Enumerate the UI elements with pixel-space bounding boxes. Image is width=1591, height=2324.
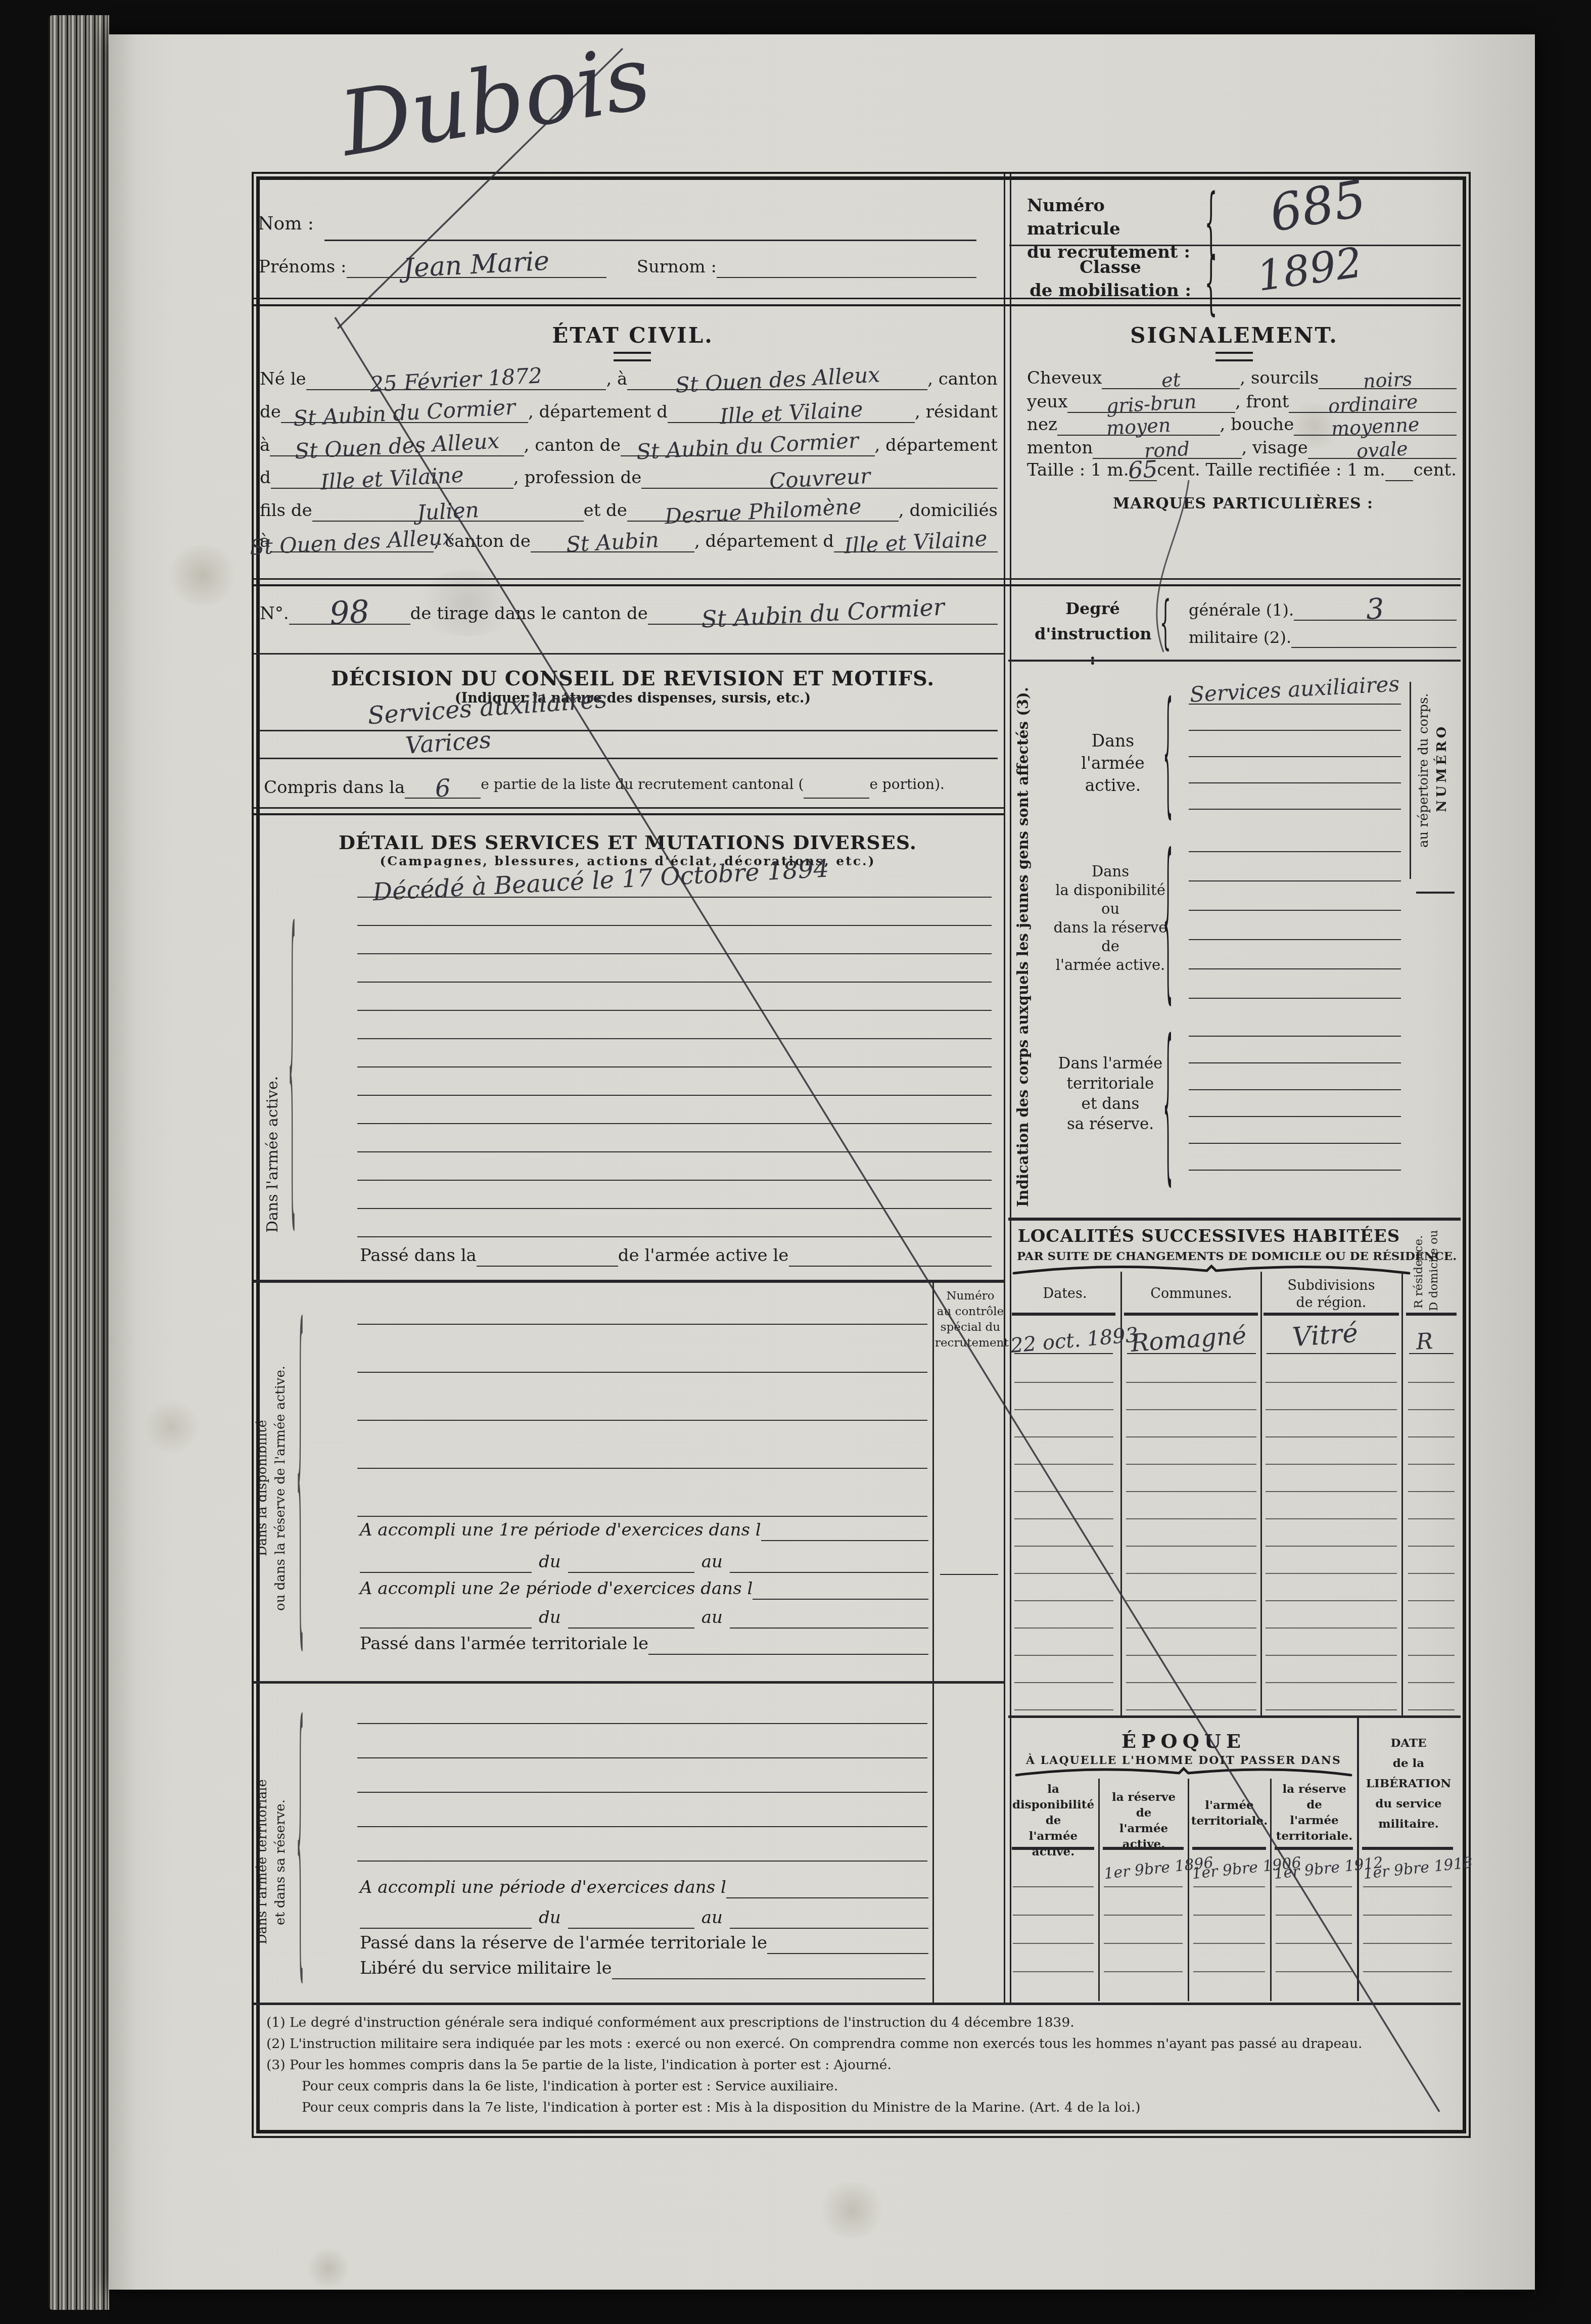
ruled-line (357, 1372, 927, 1373)
side-brace: { (288, 899, 296, 1237)
ruled-line (1126, 1709, 1256, 1710)
ruled-line (1276, 1943, 1352, 1944)
corps-b-label: Dansla disponibilitéoudans la réservedel… (1047, 862, 1174, 974)
localite-dr: R (1416, 1328, 1434, 1355)
compris-value: 6 (434, 774, 451, 803)
ruled-line (1408, 1628, 1455, 1629)
ruled-line (357, 1123, 992, 1124)
ruled-line (1266, 1436, 1397, 1437)
numero-repertoire-border (1410, 682, 1411, 879)
ruled-line (1266, 1628, 1397, 1629)
ruled-line (357, 1038, 992, 1039)
ruled-line (1276, 1886, 1352, 1887)
ruled-line (1126, 1546, 1256, 1547)
ruled-line (1189, 939, 1401, 940)
epoque-header-rule (1275, 1847, 1353, 1850)
corps-c-brace: { (1163, 1022, 1173, 1191)
ruled-line (1363, 1915, 1452, 1916)
ruled-line (1408, 1436, 1455, 1437)
swash-ornament (1012, 1263, 1411, 1276)
footnote-4: Pour ceux compris dans la 6e liste, l'in… (302, 2078, 838, 2094)
localites-col-border (1260, 1272, 1262, 1715)
ruled-line (1014, 1382, 1113, 1383)
matricule-label: Numéro matricule du recrutement : (1027, 194, 1194, 264)
ruled-line (1189, 851, 1401, 852)
ruled-line (1126, 1464, 1256, 1465)
epoque-date-header: DATEde laLIBÉRATIONdu servicemilitaire. (1361, 1733, 1457, 1834)
ruled-line (1104, 1943, 1183, 1944)
ruled-line (357, 1420, 927, 1421)
epoque-col-border (1098, 1779, 1100, 2001)
ruled-line (357, 1468, 927, 1469)
entry-underline (1409, 1353, 1454, 1354)
title-bar (1215, 352, 1253, 361)
form-frame: Nom : Dubois Prénoms : Jean Marie Surnom… (252, 172, 1471, 2138)
degre-generale-value: 3 (1366, 592, 1385, 626)
classe-label: Classe de mobilisation : (1027, 256, 1194, 302)
ruled-line (1363, 1943, 1452, 1944)
ruled-line (1126, 1682, 1256, 1683)
surnom-label: Surnom : (637, 257, 717, 278)
footnote-1: (1) Le degré d'instruction générale sera… (266, 2015, 1074, 2030)
ruled-line (1189, 782, 1401, 783)
ruled-line (357, 982, 992, 983)
numero-repertoire-label-1: NUMÉRO (1434, 684, 1449, 851)
localites-header-rule (1406, 1313, 1457, 1316)
side-label-dispo-1: Dans la disponibilité (255, 1311, 270, 1665)
controle-column-border (932, 1282, 934, 2003)
ruled-line (1193, 1886, 1265, 1887)
divider (254, 578, 1461, 586)
ruled-line (1014, 1682, 1113, 1683)
epoque-title: ÉPOQUE (1027, 1730, 1340, 1752)
ruled-line (1189, 1089, 1401, 1090)
nom-label: Nom : (258, 213, 314, 234)
ruled-line (1363, 1886, 1452, 1887)
ruled-line (1408, 1655, 1455, 1656)
ruled-line (1193, 1971, 1265, 1972)
epoque-header-rule (1192, 1847, 1266, 1850)
ruled-line (1014, 1600, 1113, 1601)
ruled-line (1126, 1600, 1256, 1601)
epoque-header-rule (1103, 1847, 1184, 1850)
ruled-line (1266, 1491, 1397, 1492)
ruled-line (259, 758, 998, 759)
ruled-line (357, 897, 992, 898)
ruled-line (1408, 1573, 1455, 1574)
ruled-line (1408, 1682, 1455, 1683)
localites-title: LOCALITÉS SUCCESSIVES HABITÉES (1017, 1226, 1401, 1246)
localites-col-border (1401, 1272, 1403, 1715)
tirage-number-handwriting: 98 (329, 593, 370, 632)
divider (1008, 1715, 1461, 1718)
stain (306, 2248, 351, 2289)
ruled-line (1014, 1436, 1113, 1437)
epoque-col4-header: la réservedel'arméeterritoriale. (1273, 1781, 1356, 1844)
numero-repertoire-tick (1416, 892, 1455, 894)
side-label-terr-1: Dans l'armée territoriale (255, 1721, 270, 2004)
ruled-line (357, 1723, 927, 1724)
ruled-line (1189, 1170, 1401, 1171)
divider (1008, 1218, 1461, 1221)
ruled-line (357, 1151, 992, 1152)
classe-value-handwriting: 1892 (1254, 239, 1365, 301)
localite-subdivision: Vitré (1291, 1318, 1359, 1353)
ruled-line (1189, 1116, 1401, 1117)
ruled-line (357, 953, 992, 954)
ruled-line (357, 1757, 927, 1758)
ruled-line (1189, 704, 1401, 705)
ruled-line (357, 1324, 927, 1325)
epoque-col3-header: l'arméeterritoriale. (1190, 1797, 1269, 1829)
title-bar (614, 352, 651, 361)
prenoms-label: Prénoms : (259, 257, 347, 278)
ruled-line (1408, 1709, 1455, 1710)
ruled-line (357, 1095, 992, 1096)
corps-a-label: Dansl'armée active. (1057, 730, 1168, 797)
ruled-line (1408, 1382, 1455, 1383)
ruled-line (1014, 1546, 1113, 1547)
localites-col-subdiv: Subdivisionsde région. (1262, 1277, 1400, 1312)
controle-slot-line (940, 1574, 998, 1575)
controle-column-header: Numéro au contrôle spécial du recrutemen… (935, 1288, 1006, 1351)
ruled-line (1014, 1409, 1113, 1410)
ruled-line (357, 1236, 992, 1237)
book-page-edges (49, 15, 109, 2310)
prenoms-field: Jean Marie (347, 250, 606, 278)
marques-label: MARQUES PARTICULIÈRES : (1113, 495, 1355, 513)
localites-subtitle: PAR SUITE DE CHANGEMENTS DE DOMICILE OU … (1017, 1249, 1401, 1263)
ruled-line (1266, 1655, 1397, 1656)
epoque-subtitle: À LAQUELLE L'HOMME DOIT PASSER DANS (1017, 1754, 1350, 1767)
matricule-value-handwriting: 685 (1265, 168, 1370, 243)
paper-sheet: Nom : Dubois Prénoms : Jean Marie Surnom… (109, 34, 1535, 2290)
entry-underline (1267, 1353, 1396, 1354)
ruled-line (1126, 1518, 1256, 1519)
ruled-line (1126, 1573, 1256, 1574)
divider (254, 653, 1004, 655)
localite-date: 22 oct. 1893 (1009, 1323, 1139, 1358)
ruled-line (1276, 1915, 1352, 1916)
side-label-corps: Indication des corps auxquels les jeunes… (1014, 677, 1032, 1218)
ruled-line (357, 1826, 927, 1827)
etat-civil-title: ÉTAT CIVIL. (527, 323, 739, 348)
ruled-line (1014, 1491, 1113, 1492)
ruled-line (357, 1066, 992, 1067)
ruled-line (1014, 1518, 1113, 1519)
surnom-field (717, 277, 976, 278)
ruled-line (1266, 1518, 1397, 1519)
nom-underline (324, 240, 976, 241)
localites-dr-label-2: R résidence. (1412, 1225, 1425, 1319)
ruled-line (1013, 1886, 1094, 1887)
epoque-header-rule (1362, 1847, 1453, 1850)
ruled-line (1126, 1628, 1256, 1629)
ruled-line (1408, 1409, 1455, 1410)
decision-value-2: Varices (404, 726, 492, 759)
tirage-canton-handwriting: St Aubin du Cormier (700, 593, 945, 633)
corps-a-value: Services auxiliaires (1189, 671, 1400, 707)
ruled-line (1104, 1915, 1183, 1916)
ruled-line (1266, 1464, 1397, 1465)
ruled-line (1193, 1943, 1265, 1944)
prenoms-value-handwriting: Jean Marie (403, 246, 550, 284)
numero-repertoire-label-2: au répertoire du corps. (1416, 679, 1431, 861)
ruled-line (1276, 1971, 1352, 1972)
side-brace: { (296, 1293, 304, 1658)
footnote-3: (3) Pour les hommes compris dans la 5e p… (266, 2057, 892, 2073)
localite-commune: Romagné (1130, 1321, 1247, 1358)
divider (254, 807, 1004, 815)
swash-ornament (1014, 1766, 1353, 1778)
ruled-line (1408, 1600, 1455, 1601)
ruled-line (1189, 910, 1401, 911)
ruled-line (1189, 1036, 1401, 1037)
ruled-line (1126, 1436, 1256, 1437)
side-brace: { (296, 1695, 304, 1989)
localites-col-communes: Communes. (1123, 1286, 1259, 1302)
corps-c-label: Dans l'arméeterritorialeet danssa réserv… (1047, 1053, 1174, 1134)
ruled-line (1014, 1573, 1113, 1574)
ruled-line (1408, 1464, 1455, 1465)
ruled-line (1189, 1143, 1401, 1144)
ruled-line (1014, 1464, 1113, 1465)
ruled-line (1408, 1518, 1455, 1519)
ruled-line (1193, 1915, 1265, 1916)
corps-a-brace: { (1163, 687, 1173, 823)
ruled-line (1266, 1600, 1397, 1601)
ruled-line (1266, 1382, 1397, 1383)
entry-underline (1014, 1353, 1113, 1354)
ruled-line (1266, 1682, 1397, 1683)
ruled-line (1189, 998, 1401, 999)
localites-header-rule (1264, 1313, 1399, 1316)
scanned-register-page: Nom : Dubois Prénoms : Jean Marie Surnom… (0, 0, 1591, 2324)
ruled-line (357, 1792, 927, 1793)
ruled-line (1189, 880, 1401, 881)
ruled-line (1013, 1971, 1094, 1972)
corps-b-brace: { (1163, 836, 1173, 1009)
signalement-title: SIGNALEMENT. (1113, 323, 1355, 348)
localites-header-rule (1124, 1313, 1258, 1316)
ruled-line (1126, 1409, 1256, 1410)
ruled-line (259, 730, 998, 731)
nom-value-handwriting: Dubois (334, 26, 657, 176)
decision-title: DÉCISION DU CONSEIL DE REVISION ET MOTIF… (330, 667, 936, 690)
ruled-line (1104, 1886, 1183, 1887)
ruled-line (1013, 1943, 1094, 1944)
epoque-col2-header: la réservedel'armée active. (1101, 1789, 1187, 1852)
ruled-line (1266, 1546, 1397, 1547)
ruled-line (357, 1180, 992, 1181)
ruled-line (357, 1861, 927, 1862)
main-column-divider (1004, 174, 1011, 2003)
epoque-col-border (1270, 1779, 1272, 2001)
epoque-header-rule (1012, 1847, 1094, 1850)
footnote-2: (2) L'instruction militaire sera indiqué… (266, 2036, 1362, 2052)
ruled-line (1363, 1971, 1452, 1972)
divider (1008, 660, 1461, 662)
side-label-terr-2: et dans sa réserve. (273, 1731, 288, 1993)
side-label-dispo-2: ou dans la réserve de l'armée active. (273, 1301, 288, 1675)
detail-title: DÉTAIL DES SERVICES ET MUTATIONS DIVERSE… (324, 831, 931, 854)
classe-brace: { (1204, 250, 1217, 318)
ruled-line (357, 925, 992, 926)
epoque-col-border (1188, 1779, 1189, 2001)
entry-underline (1127, 1353, 1256, 1354)
ruled-line (1408, 1491, 1455, 1492)
ruled-line (357, 1010, 992, 1011)
ruled-line (1189, 1062, 1401, 1063)
divider (254, 1681, 1004, 1684)
ruled-line (1408, 1546, 1455, 1547)
localites-header-rule (1012, 1313, 1115, 1316)
ruled-line (1014, 1709, 1113, 1710)
ruled-line (1189, 809, 1401, 810)
ruled-line (1126, 1655, 1256, 1656)
localites-col-dates: Dates. (1009, 1286, 1120, 1302)
ruled-line (1189, 730, 1401, 731)
ruled-line (1189, 968, 1401, 969)
ruled-line (1126, 1491, 1256, 1492)
divider (1009, 245, 1461, 246)
ruled-line (1266, 1709, 1397, 1710)
footnote-divider (254, 2003, 1461, 2005)
ruled-line (357, 1208, 992, 1209)
ruled-line (1126, 1382, 1256, 1383)
ruled-line (1266, 1409, 1397, 1410)
localites-dr-label-1: D domicile ou (1427, 1223, 1440, 1319)
stain (164, 545, 240, 606)
stain (816, 2182, 887, 2238)
degre-brace: { (1160, 594, 1171, 652)
ruled-line (1104, 1971, 1183, 1972)
footnote-5: Pour ceux compris dans la 7e liste, l'in… (302, 2100, 1141, 2115)
ruled-line (1189, 756, 1401, 757)
ruled-line (1014, 1655, 1113, 1656)
ruled-line (1266, 1573, 1397, 1574)
divider (254, 1280, 1004, 1283)
stain (144, 1399, 200, 1455)
ruled-line (1013, 1915, 1094, 1916)
ruled-line (1014, 1628, 1113, 1629)
divider (254, 298, 1461, 306)
